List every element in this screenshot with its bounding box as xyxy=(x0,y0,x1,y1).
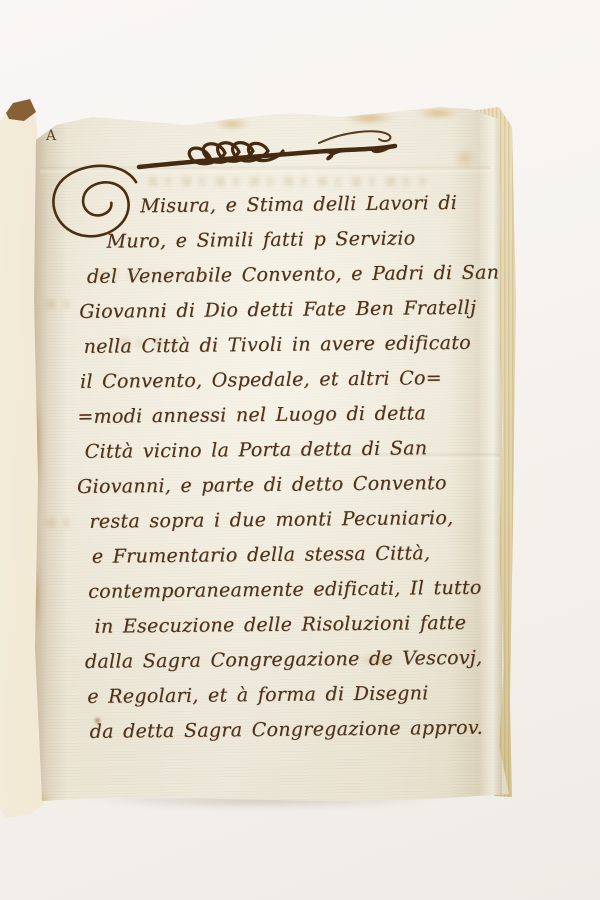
foxing-stain xyxy=(452,146,478,170)
text-line: contemporaneamente edificati, Il tutto xyxy=(74,571,494,610)
manuscript-text: Misura, e Stima delli Lavori di Muro, e … xyxy=(70,186,496,750)
manuscript-book: A Misura, e Stima delli Lavori di Muro, … xyxy=(0,0,600,900)
text-line: dalla Sagra Congregazione de Vescovj, xyxy=(75,641,495,680)
text-line: =modi annessi nel Luogo di detta xyxy=(72,396,492,435)
text-line: e Regolari, et à forma di Disegni xyxy=(75,676,495,715)
text-line: Misura, e Stima delli Lavori di xyxy=(70,186,490,225)
calligraphic-divider-flourish xyxy=(133,127,403,185)
text-line: Muro, e Simili fatti p Servizio xyxy=(70,221,490,260)
text-line: nella Città di Tivoli in avere edificato xyxy=(71,326,491,365)
text-line: e Frumentario della stessa Città, xyxy=(74,536,494,575)
foxing-stain xyxy=(338,110,400,126)
text-line: del Venerabile Convento, e Padri di San xyxy=(71,256,491,295)
text-line: il Convento, Ospedale, et altri Co= xyxy=(72,361,492,400)
text-line: Giovanni di Dio detti Fate Ben Fratellj xyxy=(71,291,491,330)
text-line: Giovanni, e parte di detto Convento xyxy=(73,466,493,505)
text-line: Città vicino la Porta detta di San xyxy=(73,431,493,470)
text-line: resta sopra i due monti Pecuniario, xyxy=(73,501,493,540)
text-line: da detta Sagra Congregazione approv. xyxy=(75,711,495,750)
ink-bleedthrough xyxy=(46,518,74,527)
text-line: in Esecuzione delle Risoluzioni fatte xyxy=(74,606,494,645)
photograph-background: A Misura, e Stima delli Lavori di Muro, … xyxy=(0,0,600,900)
folio-mark: A xyxy=(46,128,57,144)
foxing-stain xyxy=(412,106,464,120)
